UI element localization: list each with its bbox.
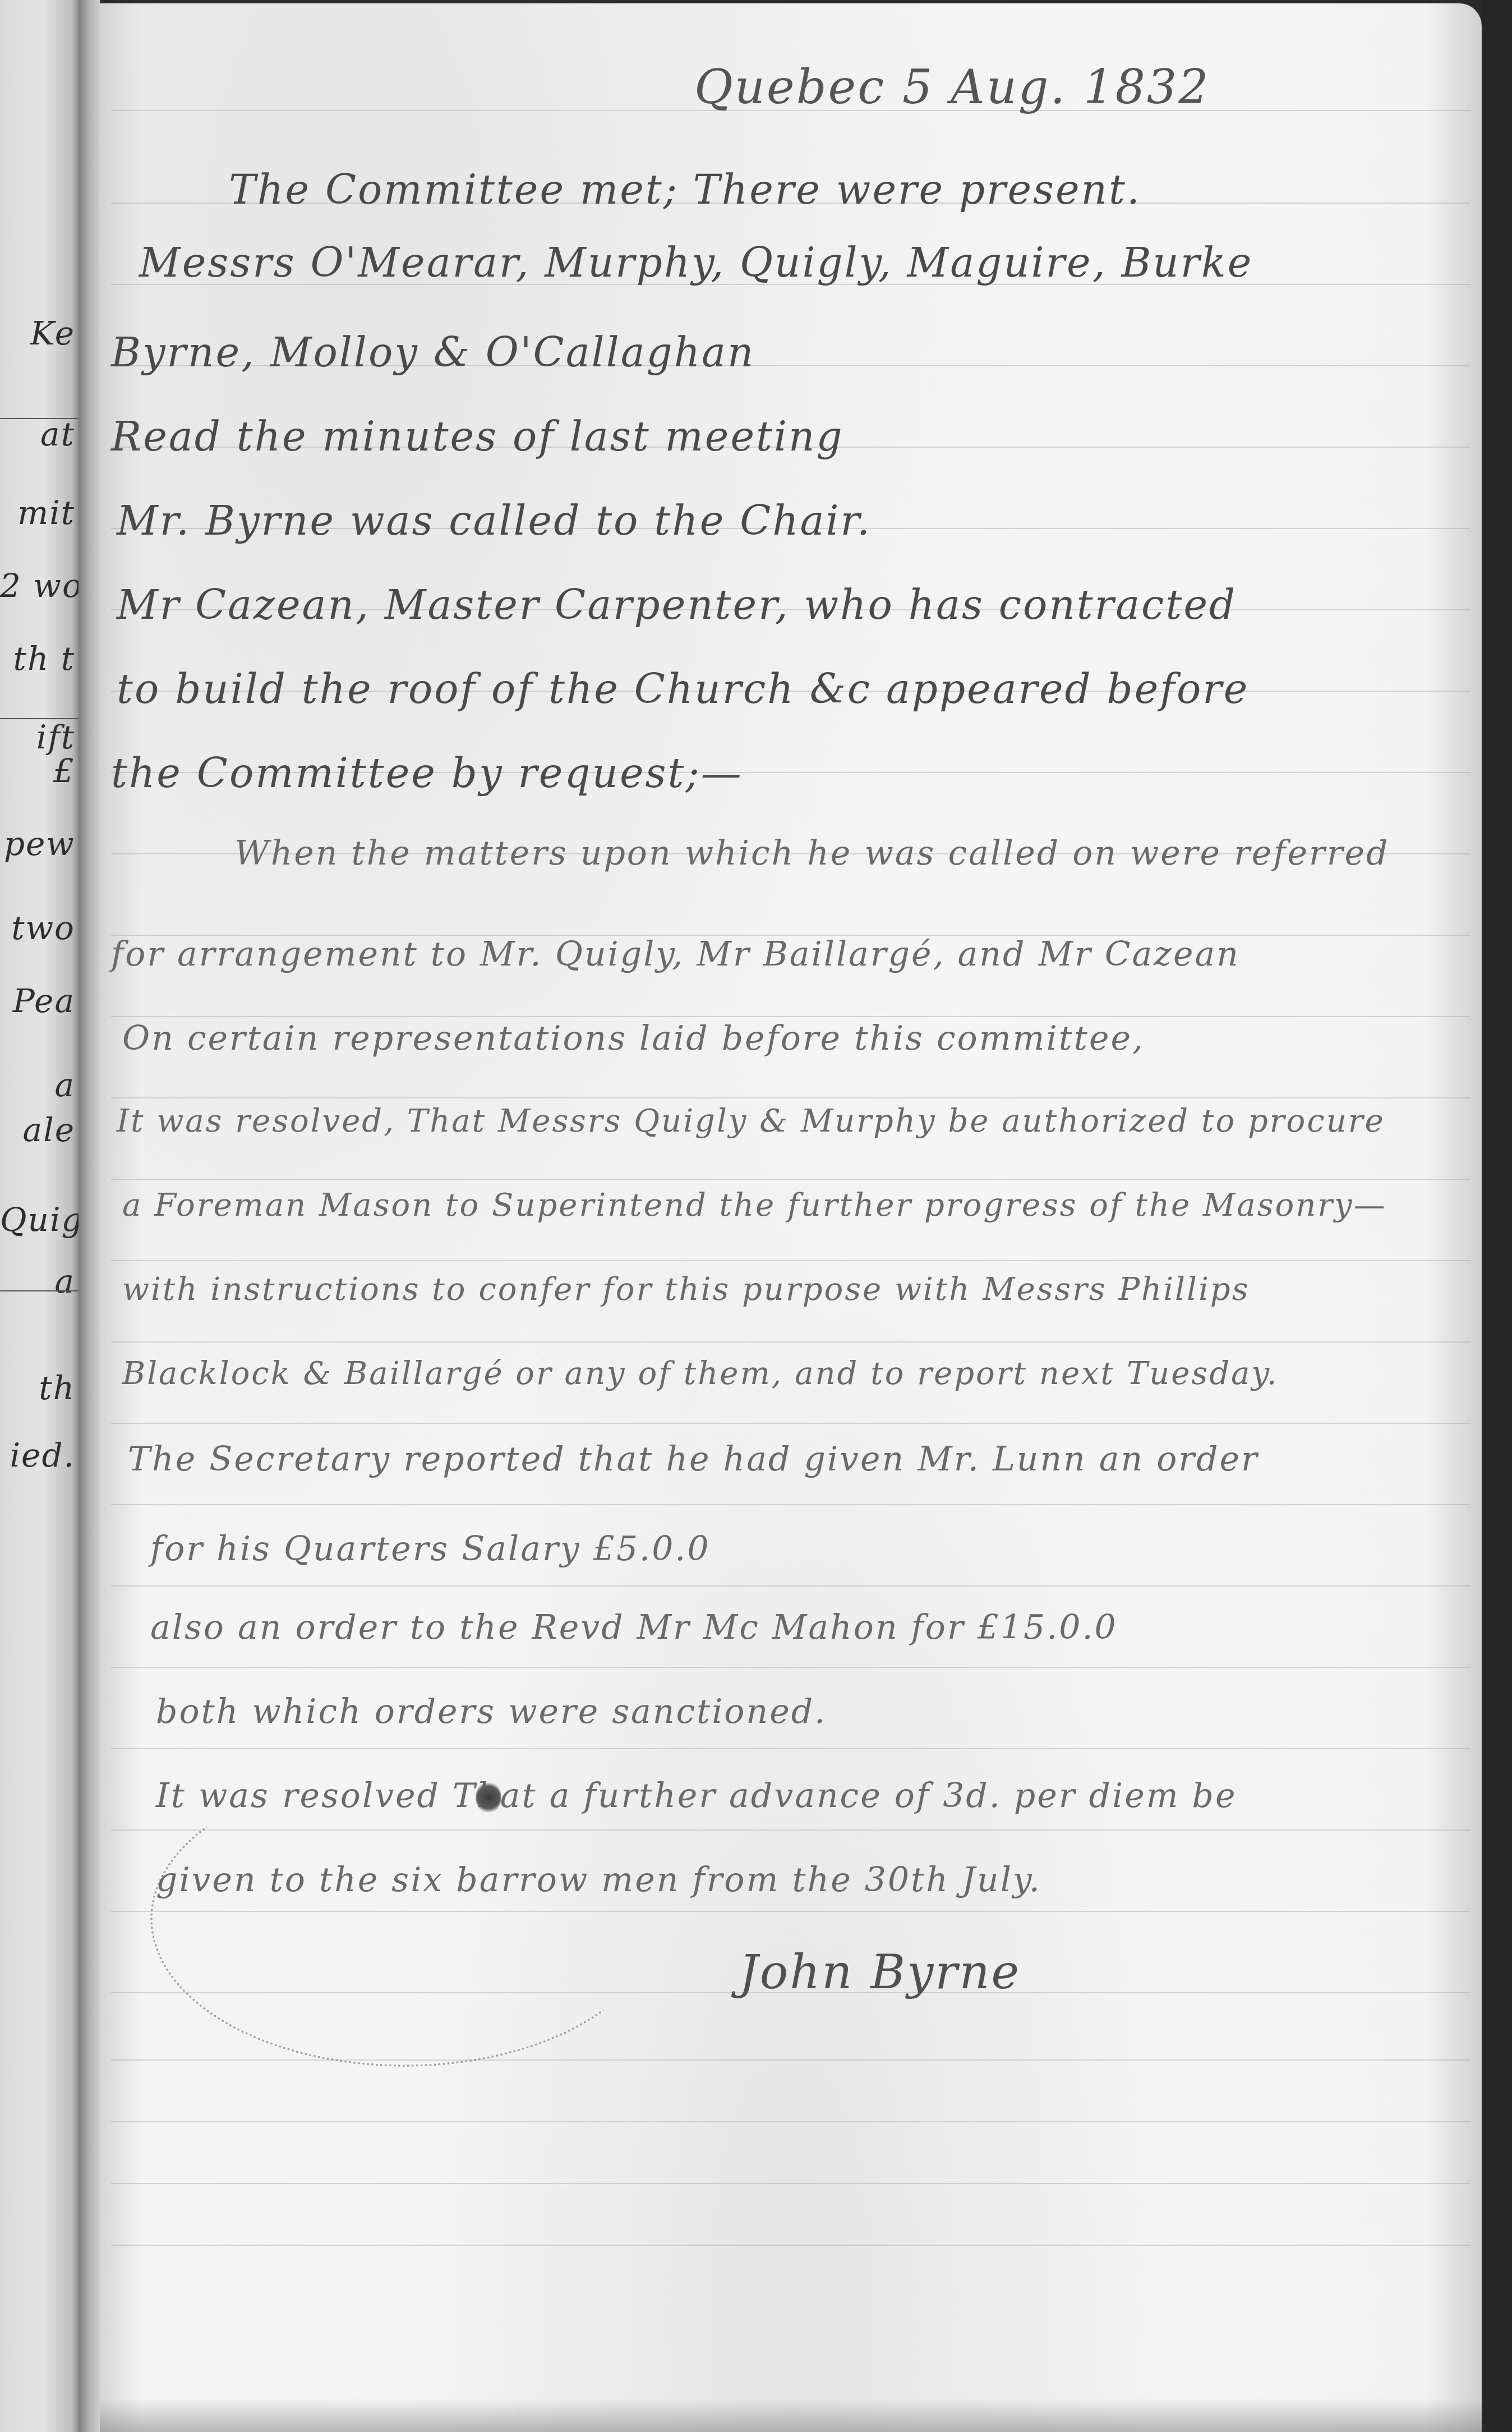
ruled-line bbox=[111, 1585, 1470, 1587]
minutes-line: a Foreman Mason to Superintend the furth… bbox=[122, 1187, 1387, 1224]
facing-fragment: mit bbox=[0, 494, 79, 532]
ruled-line bbox=[111, 1016, 1470, 1017]
facing-fragment: two bbox=[0, 909, 79, 947]
facing-fragment: pew bbox=[0, 825, 79, 863]
ruled-line bbox=[111, 2121, 1470, 2122]
ruled-line bbox=[111, 2245, 1470, 2246]
facing-rule bbox=[0, 418, 79, 419]
ruled-line bbox=[111, 1341, 1470, 1343]
date-heading: Quebec 5 Aug. 1832 bbox=[694, 59, 1210, 114]
facing-fragment: Ke bbox=[0, 314, 79, 352]
signature: John Byrne bbox=[739, 1944, 1021, 1999]
ruled-line bbox=[111, 1748, 1470, 1749]
minutes-line: Read the minutes of last meeting bbox=[111, 413, 843, 460]
manuscript-page: Quebec 5 Aug. 1832 The Committee met; Th… bbox=[100, 3, 1482, 2432]
scanner-background-edge bbox=[1482, 0, 1512, 2432]
minutes-line: The Committee met; There were present. bbox=[229, 166, 1141, 213]
facing-rule bbox=[0, 1290, 79, 1291]
facing-fragment: th bbox=[0, 1369, 79, 1407]
minutes-line: with instructions to confer for this pur… bbox=[122, 1271, 1250, 1308]
minutes-line: On certain representations laid before t… bbox=[122, 1019, 1145, 1058]
facing-fragment: ale bbox=[0, 1111, 79, 1149]
minutes-line: Blacklock & Baillargé or any of them, an… bbox=[122, 1355, 1278, 1392]
facing-fragment: Pea bbox=[0, 982, 79, 1020]
facing-rule bbox=[0, 718, 79, 719]
pencil-bracket-arc bbox=[150, 1771, 660, 2067]
minutes-line: Mr Cazean, Master Carpenter, who has con… bbox=[117, 581, 1237, 628]
facing-fragment: at bbox=[0, 415, 79, 453]
minutes-line: Messrs O'Mearar, Murphy, Quigly, Maguire… bbox=[139, 239, 1253, 286]
minutes-line: It was resolved, That Messrs Quigly & Mu… bbox=[117, 1103, 1385, 1139]
ruled-line bbox=[111, 1097, 1470, 1098]
minutes-line: for arrangement to Mr. Quigly, Mr Bailla… bbox=[111, 935, 1240, 974]
facing-fragment: 2 wo bbox=[0, 567, 79, 605]
facing-page-strip: Ke at mit 2 wo th t ift £ pew two Pea a … bbox=[0, 0, 79, 2432]
facing-fragment: th t bbox=[0, 640, 79, 678]
ruled-line bbox=[111, 1504, 1470, 1505]
ruled-line bbox=[111, 1423, 1470, 1424]
ruled-line bbox=[111, 2059, 1470, 2061]
facing-fragment: a bbox=[0, 1066, 79, 1104]
facing-fragment: ied. bbox=[0, 1436, 79, 1474]
minutes-line: The Secretary reported that he had given… bbox=[128, 1440, 1259, 1479]
ruled-line bbox=[111, 2183, 1470, 2184]
book-gutter bbox=[79, 0, 100, 2432]
facing-fragment: ift bbox=[0, 718, 79, 756]
minutes-line: both which orders were sanctioned. bbox=[156, 1692, 827, 1731]
page-bottom-shadow bbox=[100, 2398, 1482, 2432]
minutes-line: When the matters upon which he was calle… bbox=[234, 834, 1389, 873]
facing-fragment: Quig bbox=[0, 1201, 79, 1239]
ruled-line bbox=[111, 1260, 1470, 1261]
minutes-line: the Committee by request;— bbox=[111, 750, 743, 797]
facing-fragment: £ bbox=[0, 752, 79, 790]
minutes-line: also an order to the Revd Mr Mc Mahon fo… bbox=[150, 1608, 1118, 1647]
minutes-line: to build the roof of the Church &c appea… bbox=[117, 665, 1249, 712]
facing-fragment: a bbox=[0, 1262, 79, 1300]
minutes-line: Byrne, Molloy & O'Callaghan bbox=[111, 329, 755, 376]
minutes-line: for his Quarters Salary £5.0.0 bbox=[150, 1529, 711, 1569]
ruled-line bbox=[111, 1667, 1470, 1668]
ruled-line bbox=[111, 1179, 1470, 1180]
minutes-line: Mr. Byrne was called to the Chair. bbox=[117, 497, 872, 544]
